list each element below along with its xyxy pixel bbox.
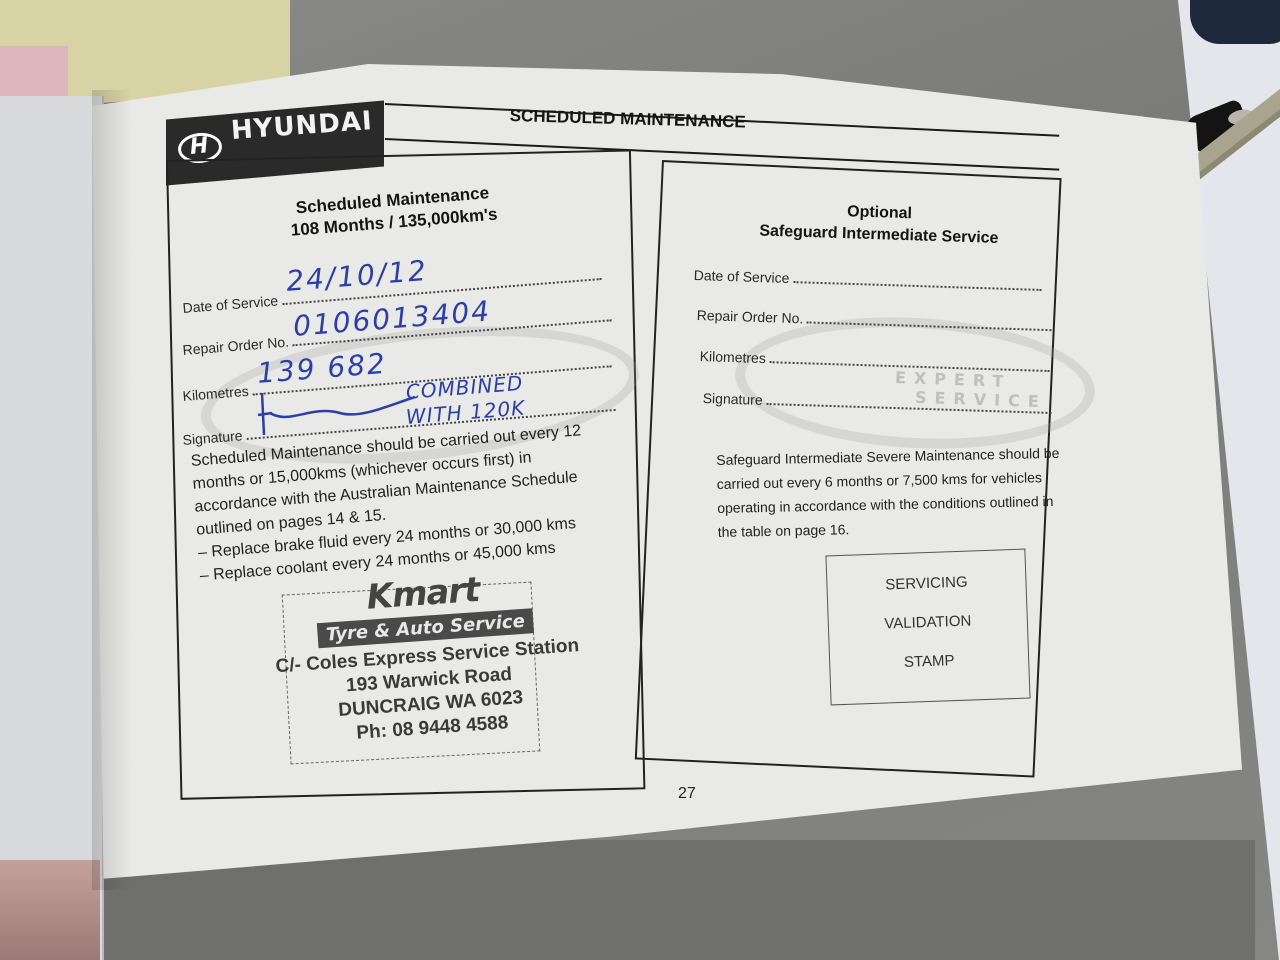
signature-scribble — [250, 385, 420, 440]
car-remote — [1190, 0, 1280, 44]
right-panel-title: Optional Safeguard Intermediate Service — [744, 198, 1015, 250]
field-label: Kilometres — [699, 348, 766, 366]
stamp-label: STAMP — [830, 650, 1028, 674]
dealer-stamp: Kmart Tyre & Auto Service C/- Coles Expr… — [262, 563, 593, 752]
left-page — [0, 96, 104, 960]
field-label: Signature — [702, 390, 762, 408]
page-number: 27 — [678, 785, 696, 803]
field-label: Repair Order No. — [696, 307, 803, 326]
servicing-validation-stamp-box: SERVICING VALIDATION STAMP — [825, 549, 1030, 706]
stamp-label: SERVICING — [827, 572, 1025, 596]
field-label: Date of Service — [693, 267, 789, 286]
spine-shadow — [92, 90, 132, 890]
right-panel-body: Safeguard Intermediate Severe Maintenanc… — [716, 440, 1078, 544]
page-edges — [0, 860, 100, 960]
stamp-label: VALIDATION — [829, 611, 1027, 635]
